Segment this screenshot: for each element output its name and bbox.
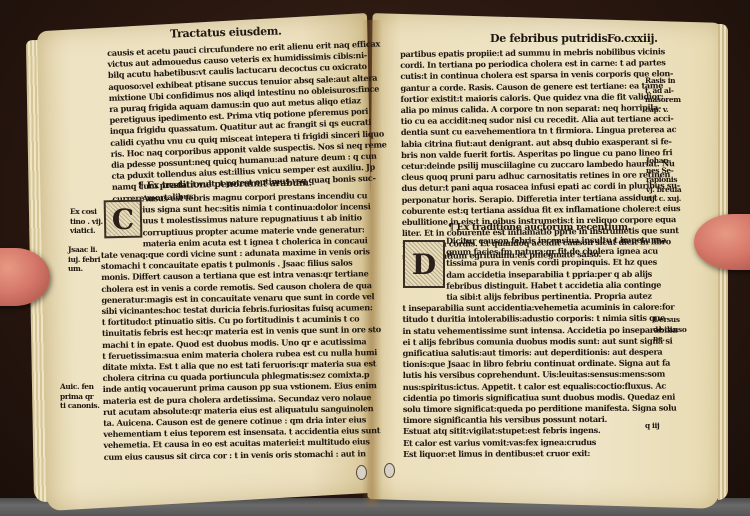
text-line: Uersus: [653, 315, 686, 325]
folio-number: Fo.cxxiij.: [607, 32, 658, 45]
text-line: rapionis: [646, 175, 681, 185]
text-line: solu timore significat:queda po perditio…: [403, 403, 678, 416]
left-main-text-block: Ausus est febris magnu corpori prestans …: [100, 190, 383, 463]
text-line: lutis his versibus coprehendunt. Uis:leu…: [403, 369, 678, 382]
right-main-text-block: Dicitur causon febris incensiua insultu …: [402, 235, 678, 460]
binding-hole: [356, 465, 367, 480]
signature-mark: q iij: [645, 421, 659, 431]
text-line: tino . vij.: [70, 217, 103, 227]
text-line: vj. breuia: [646, 185, 681, 195]
right-running-head: De febribus putridis.: [490, 32, 611, 45]
pilcrow-icon: ¶: [448, 222, 454, 233]
text-line: prima qr: [60, 392, 99, 402]
right-margin-note-2: Johan-nes Se-rapionisvj. breuiarij. c. x…: [646, 156, 681, 204]
text-line: titudo t duritia intolerabilis:adustio c…: [402, 313, 677, 326]
text-line: ne.: [653, 334, 686, 344]
text-line: Jsaac li.: [68, 245, 100, 255]
text-line: Ex cosi: [70, 207, 103, 217]
text-line: um.: [68, 264, 100, 274]
text-line: Est liquor:et limus in dentibus:et cruor…: [403, 447, 678, 460]
text-line: Johan-: [646, 156, 681, 166]
right-margin-note-1: Rasis int. ad al-masoremcap. v.: [645, 76, 681, 114]
text-line: rij. c. xuj.: [646, 194, 681, 204]
text-line: tissima pura in venis cordi propinquis. …: [402, 257, 677, 270]
left-margin-note-2: Jsaac li.iuj. febrium.: [68, 245, 100, 274]
text-line: Auic. fen: [60, 382, 99, 392]
binding-hole: [384, 463, 395, 478]
book-photo: Tractatus eiusdem. causis et acetu pauci…: [0, 0, 750, 516]
text-line: ti canonis.: [60, 401, 99, 411]
text-line: masorem: [645, 95, 681, 105]
text-line: Rasis in: [645, 76, 681, 86]
pilcrow-icon: ¶: [138, 180, 144, 191]
text-line: nes Se-: [646, 166, 681, 176]
right-margin-note-3: Uersusde causone.: [653, 315, 686, 344]
text-line: viatici.: [70, 226, 103, 236]
text-line: cap. v.: [645, 105, 681, 115]
text-line: t. ad al-: [645, 86, 681, 96]
left-margin-note-3: Auic. fenprima qrti canonis.: [60, 382, 99, 411]
text-line: iuj. febri: [68, 255, 100, 265]
text-line: de causo: [653, 325, 686, 335]
right-section-heading: ¶ Ex traditione auctorum recentium.: [448, 222, 631, 233]
left-margin-note-1: Ex cositino . vij.viatici.: [70, 207, 103, 236]
right-heading-label: Ex traditione auctorum recentium.: [457, 222, 631, 233]
